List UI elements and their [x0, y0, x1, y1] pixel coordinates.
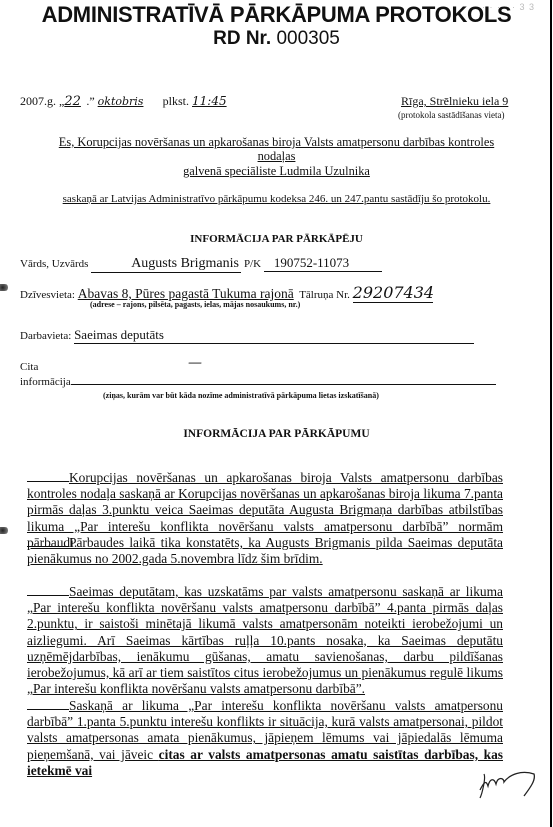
work-row: Darbavieta: Saeimas deputāts: [20, 327, 474, 344]
offender-heading: INFORMĀCIJA PAR PĀRKĀPĒJU: [0, 233, 553, 245]
quote-close: .”: [86, 94, 94, 108]
place-value: Rīga, Strēlnieku iela 9: [401, 94, 508, 109]
other-info-caption: (ziņas, kurām var būt kāda nozīme admini…: [103, 391, 379, 400]
violation-heading: INFORMĀCIJA PAR PĀRKĀPUMU: [0, 428, 553, 440]
time-value: 11:45: [192, 94, 227, 108]
personal-code: 190752-11073: [264, 255, 382, 272]
date-time-line: 2007.g. „22.” oktobris plkst. 11:45: [20, 94, 227, 109]
other-info-line: [71, 384, 496, 385]
phone-label: Tālruņa Nr.: [299, 289, 350, 301]
work-label: Darbavieta:: [20, 330, 71, 342]
month-value: oktobris: [98, 95, 160, 108]
address-label: Dzīvesvieta:: [20, 289, 75, 301]
document-title: ADMINISTRATĪVĀ PĀRKĀPUMA PROTOKOLS: [0, 2, 553, 28]
other-info-label-2: informācija: [20, 376, 71, 388]
signature-icon: [478, 760, 538, 800]
legal-basis: saskaņā ar Latvijas Administratīvo pārkā…: [0, 193, 553, 205]
other-info-row: informācija: [20, 376, 496, 388]
rd-label: RD Nr.: [213, 28, 271, 49]
author-line-2: nodaļas: [0, 149, 553, 164]
scan-page-edge: [550, 0, 552, 827]
author-line-3: galvenā speciāliste Ludmila Uzulnika: [0, 164, 553, 179]
year-label: 2007.g. „: [20, 94, 64, 108]
phone-value: 29207434: [353, 283, 433, 303]
other-info-value: —: [188, 355, 202, 371]
other-info-label-1: Cita: [20, 361, 38, 373]
offender-name: Augusts Brigmanis: [91, 256, 241, 273]
work-value: Saeimas deputāts: [74, 327, 474, 344]
violation-paragraph-3: Saeimas deputātam, kas uzskatāms par val…: [27, 583, 503, 697]
offender-name-row: Vārds, Uzvārds Augusts Brigmanis P/K 190…: [20, 255, 382, 273]
rd-number-line: RD Nr. 000305: [0, 28, 553, 50]
address-caption: (adrese – rajons, pilsēta, pagasts, iela…: [90, 300, 300, 309]
time-label: plkst.: [163, 94, 189, 108]
punch-hole-icon: [0, 284, 9, 291]
address-value: Abavas 8, Pūres pagastā Tukuma rajonā: [78, 286, 294, 301]
violation-paragraph-4: Saskaņā ar likuma „Par interešu konflikt…: [27, 697, 503, 779]
day-value: 22: [64, 94, 86, 109]
place-caption: (protokola sastādīšanas vieta): [398, 110, 504, 120]
violation-paragraph-2: Pārbaudes laikā tika konstatēts, ka Augu…: [27, 534, 503, 567]
name-label: Vārds, Uzvārds: [20, 258, 88, 270]
punch-hole-icon: [0, 527, 9, 534]
rd-number: 000305: [276, 28, 339, 49]
pk-label: P/K: [244, 258, 261, 270]
author-line-1: Es, Korupcijas novēršanas un apkarošanas…: [0, 135, 553, 150]
